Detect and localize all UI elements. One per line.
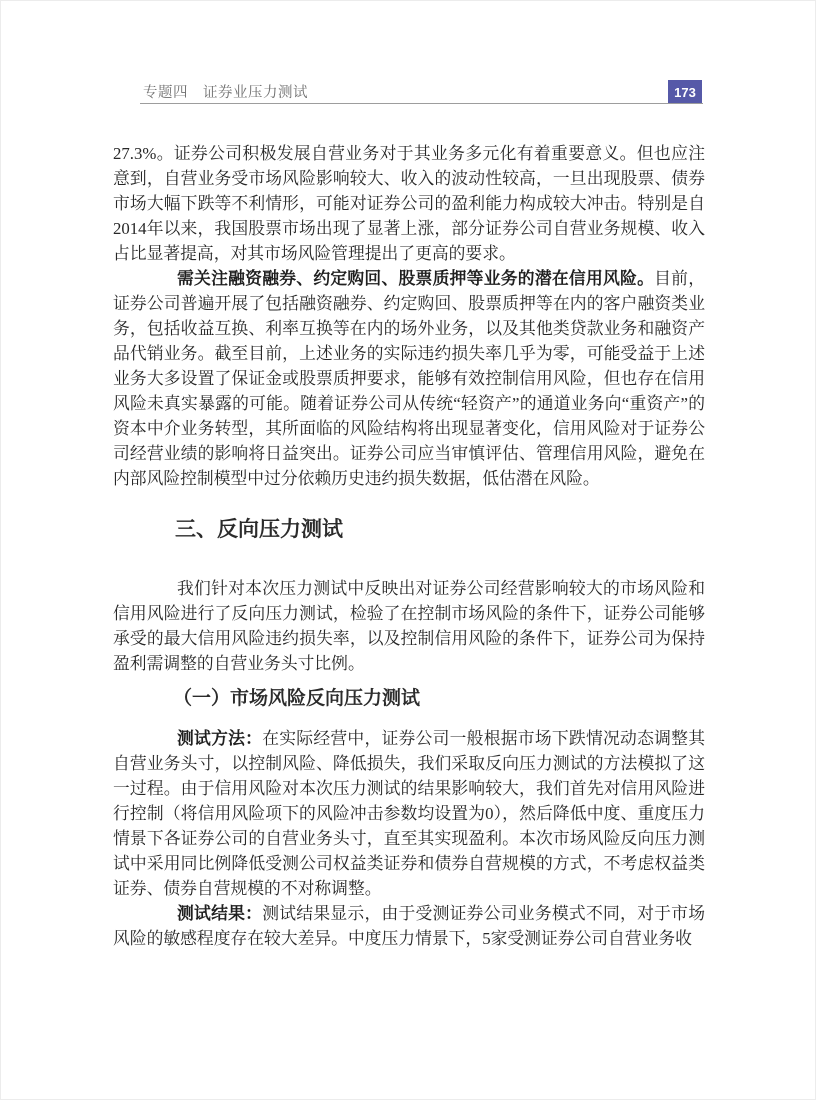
paragraph-reverse-test-intro: 我们针对本次压力测试中反映出对证券公司经营影响较大的市场风险和信用风险进行了反向… — [113, 576, 705, 676]
section-heading-reverse-stress-test: 三、反向压力测试 — [113, 517, 705, 543]
subsection-heading-market-risk-reverse-test: （一）市场风险反向压力测试 — [113, 687, 705, 711]
paragraph-test-method: 测试方法：在实际经营中，证券公司一般根据市场下跌情况动态调整其自营业务头寸，以控… — [113, 726, 705, 901]
page-body: 27.3%。证券公司积极发展自营业务对于其业务多元化有着重要意义。但也应注意到，… — [113, 141, 705, 951]
paragraph-credit-risk-body: 目前，证券公司普遍开展了包括融资融券、约定购回、股票质押等在内的客户融资类业务，… — [113, 269, 705, 488]
paragraph-credit-risk: 需关注融资融券、约定购回、股票质押等业务的潜在信用风险。目前，证券公司普遍开展了… — [113, 266, 705, 491]
header-divider — [140, 103, 703, 104]
paragraph-test-method-body: 在实际经营中，证券公司一般根据市场下跌情况动态调整其自营业务头寸，以控制风险、降… — [113, 729, 705, 898]
running-header-title: 专题四 证券业压力测试 — [143, 81, 308, 102]
document-page: 专题四 证券业压力测试 173 27.3%。证券公司积极发展自营业务对于其业务多… — [0, 0, 816, 1100]
paragraph-test-result: 测试结果：测试结果显示，由于受测证券公司业务模式不同，对于市场风险的敏感程度存在… — [113, 901, 705, 951]
paragraph-proprietary-business: 27.3%。证券公司积极发展自营业务对于其业务多元化有着重要意义。但也应注意到，… — [113, 141, 705, 266]
paragraph-credit-risk-lead: 需关注融资融券、约定购回、股票质押等业务的潜在信用风险。 — [177, 269, 654, 288]
paragraph-test-method-lead: 测试方法： — [177, 729, 262, 748]
page-number-badge: 173 — [668, 80, 702, 104]
paragraph-test-result-lead: 测试结果： — [177, 904, 262, 923]
